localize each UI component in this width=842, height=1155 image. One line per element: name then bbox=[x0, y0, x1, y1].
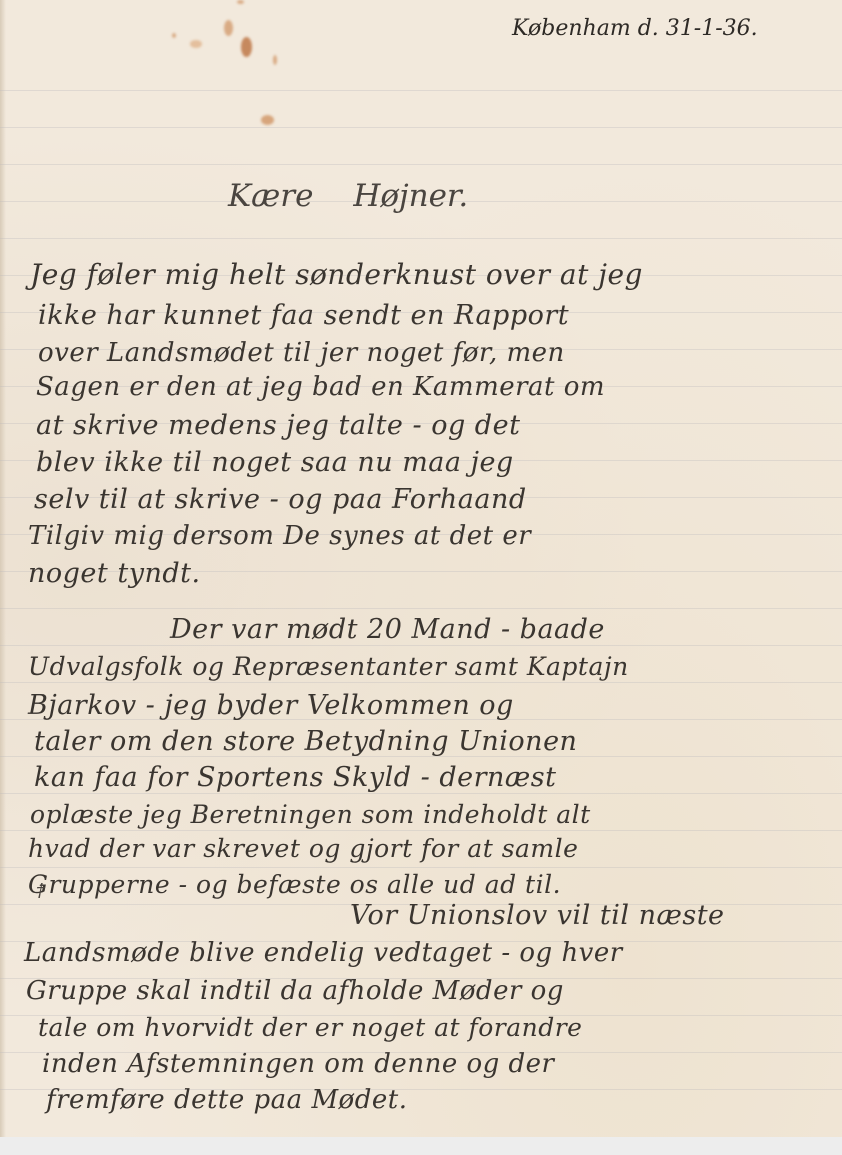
salutation: Kære Højner. bbox=[228, 178, 468, 214]
ruled-line bbox=[0, 90, 842, 91]
letter-line: Sagen er den at jeg bad en Kammerat om bbox=[36, 372, 605, 402]
ruled-line bbox=[0, 645, 842, 646]
letter-line: inden Afstemningen om denne og der bbox=[42, 1049, 555, 1079]
letter-line: Vor Unionslov vil til næste bbox=[350, 900, 725, 931]
ruled-line bbox=[0, 867, 842, 868]
letter-line: Gruppe skal indtil da afholde Møder og bbox=[26, 976, 564, 1006]
ruled-line bbox=[0, 608, 842, 609]
margin-mark: † bbox=[36, 880, 45, 901]
ruled-line bbox=[0, 164, 842, 165]
letter-line: fremføre dette paa Mødet. bbox=[46, 1085, 407, 1115]
letter-line: taler om den store Betydning Unionen bbox=[34, 726, 577, 757]
letter-line: blev ikke til noget saa nu maa jeg bbox=[36, 447, 514, 478]
rust-stain bbox=[261, 115, 274, 125]
letter-line: Udvalgsfolk og Repræsentanter samt Kapta… bbox=[28, 652, 629, 681]
letter-line: Der var mødt 20 Mand - baade bbox=[170, 614, 605, 645]
ruled-line bbox=[0, 127, 842, 128]
rust-stain bbox=[273, 55, 277, 65]
letter-line: tale om hvorvidt der er noget at forandr… bbox=[38, 1013, 582, 1042]
letter-line: oplæste jeg Beretningen som indeholdt al… bbox=[30, 800, 591, 829]
letter-line: Tilgiv mig dersom De synes at det er bbox=[28, 521, 531, 551]
letter-line: over Landsmødet til jer noget før, men bbox=[38, 338, 565, 368]
place-date: Københam d. 31-1-36. bbox=[512, 16, 758, 41]
rust-stain bbox=[241, 37, 252, 57]
rust-stain bbox=[190, 40, 202, 48]
letter-line: Bjarkov - jeg byder Velkommen og bbox=[28, 690, 514, 721]
letter-line: Landsmøde blive endelig vedtaget - og hv… bbox=[24, 938, 623, 968]
rust-stain bbox=[224, 20, 233, 36]
letter-line: kan faa for Sportens Skyld - dernæst bbox=[34, 762, 557, 793]
letter-line: ikke har kunnet faa sendt en Rapport bbox=[38, 300, 569, 331]
scan-background bbox=[0, 1137, 842, 1155]
rust-stain bbox=[172, 33, 176, 38]
letter-line: noget tyndt. bbox=[28, 558, 201, 589]
letter-line: at skrive medens jeg talte - og det bbox=[36, 410, 520, 441]
letter-page: Københam d. 31-1-36. Kære Højner. Jeg fø… bbox=[0, 0, 842, 1137]
ruled-line bbox=[0, 238, 842, 239]
ruled-line bbox=[0, 682, 842, 683]
letter-line: hvad der var skrevet og gjort for at sam… bbox=[28, 834, 578, 863]
letter-line: selv til at skrive - og paa Forhaand bbox=[34, 484, 527, 515]
ruled-line bbox=[0, 793, 842, 794]
rust-stain bbox=[237, 0, 244, 4]
letter-line: Grupperne - og befæste os alle ud ad til… bbox=[28, 870, 561, 899]
ruled-line bbox=[0, 830, 842, 831]
letter-line: Jeg føler mig helt sønderknust over at j… bbox=[30, 258, 643, 291]
